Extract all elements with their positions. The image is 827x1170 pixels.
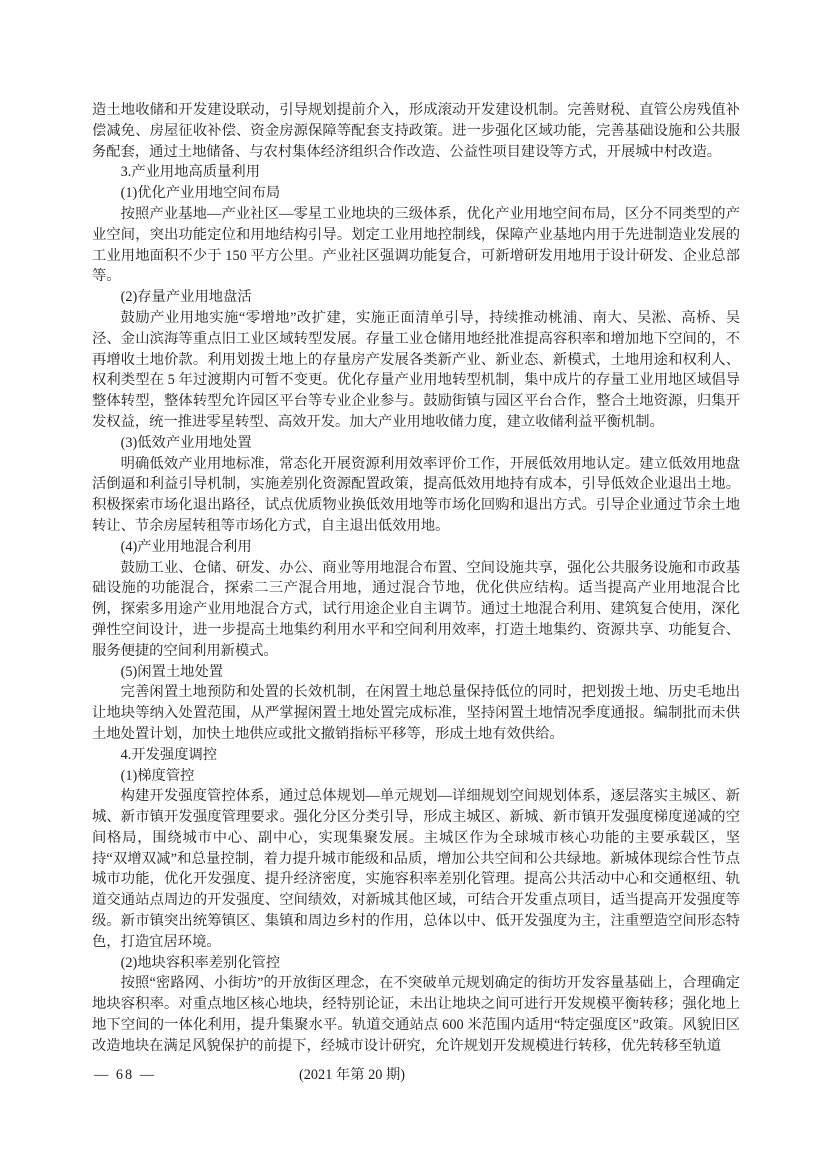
body-paragraph: 造土地收储和开发建设联动，引导规划提前介入，形成滚动开发建设机制。完善财税、直管…: [92, 100, 740, 162]
body-paragraph: 完善闲置土地预防和处置的长效机制，在闲置土地总量保持低位的同时，把划拨土地、历史…: [92, 682, 740, 744]
body-paragraph: 构建开发强度管控体系，通过总体规划—单元规划—详细规划空间规划体系，逐层落实主城…: [92, 786, 740, 952]
body-paragraph: 明确低效产业用地标准，常态化开展资源利用效率评价工作，开展低效用地认定。建立低效…: [92, 454, 740, 537]
body-paragraph: 鼓励产业用地实施“零增地”改扩建，实施正面清单引导，持续推动桃浦、南大、吴淞、高…: [92, 308, 740, 433]
document-body: 造土地收储和开发建设联动，引导规划提前介入，形成滚动开发建设机制。完善财税、直管…: [92, 100, 740, 1057]
sub-heading: (1)梯度管控: [92, 766, 740, 787]
issue-label: (2021 年第 20 期): [299, 1064, 405, 1086]
page-footer: — 68 — (2021 年第 20 期): [92, 1064, 740, 1086]
body-paragraph: 按照产业基地—产业社区—零星工业地块的三级体系，优化产业用地空间布局，区分不同类…: [92, 204, 740, 287]
sub-heading: (5)闲置土地处置: [92, 662, 740, 683]
body-paragraph: 鼓励工业、仓储、研发、办公、商业等用地混合布置、空间设施共享，强化公共服务设施和…: [92, 558, 740, 662]
sub-heading: (4)产业用地混合利用: [92, 537, 740, 558]
sub-heading: (3)低效产业用地处置: [92, 433, 740, 454]
sub-heading: (2)地块容积率差别化管控: [92, 953, 740, 974]
sub-heading: (1)优化产业用地空间布局: [92, 183, 740, 204]
sub-heading: (2)存量产业用地盘活: [92, 287, 740, 308]
document-page: 造土地收储和开发建设联动，引导规划提前介入，形成滚动开发建设机制。完善财税、直管…: [0, 0, 827, 1170]
page-number: — 68 —: [94, 1064, 156, 1086]
section-heading: 3.产业用地高质量利用: [92, 162, 740, 183]
body-paragraph: 按照“密路网、小街坊”的开放街区理念，在不突破单元规划确定的街坊开发容量基础上，…: [92, 973, 740, 1056]
section-heading: 4.开发强度调控: [92, 745, 740, 766]
